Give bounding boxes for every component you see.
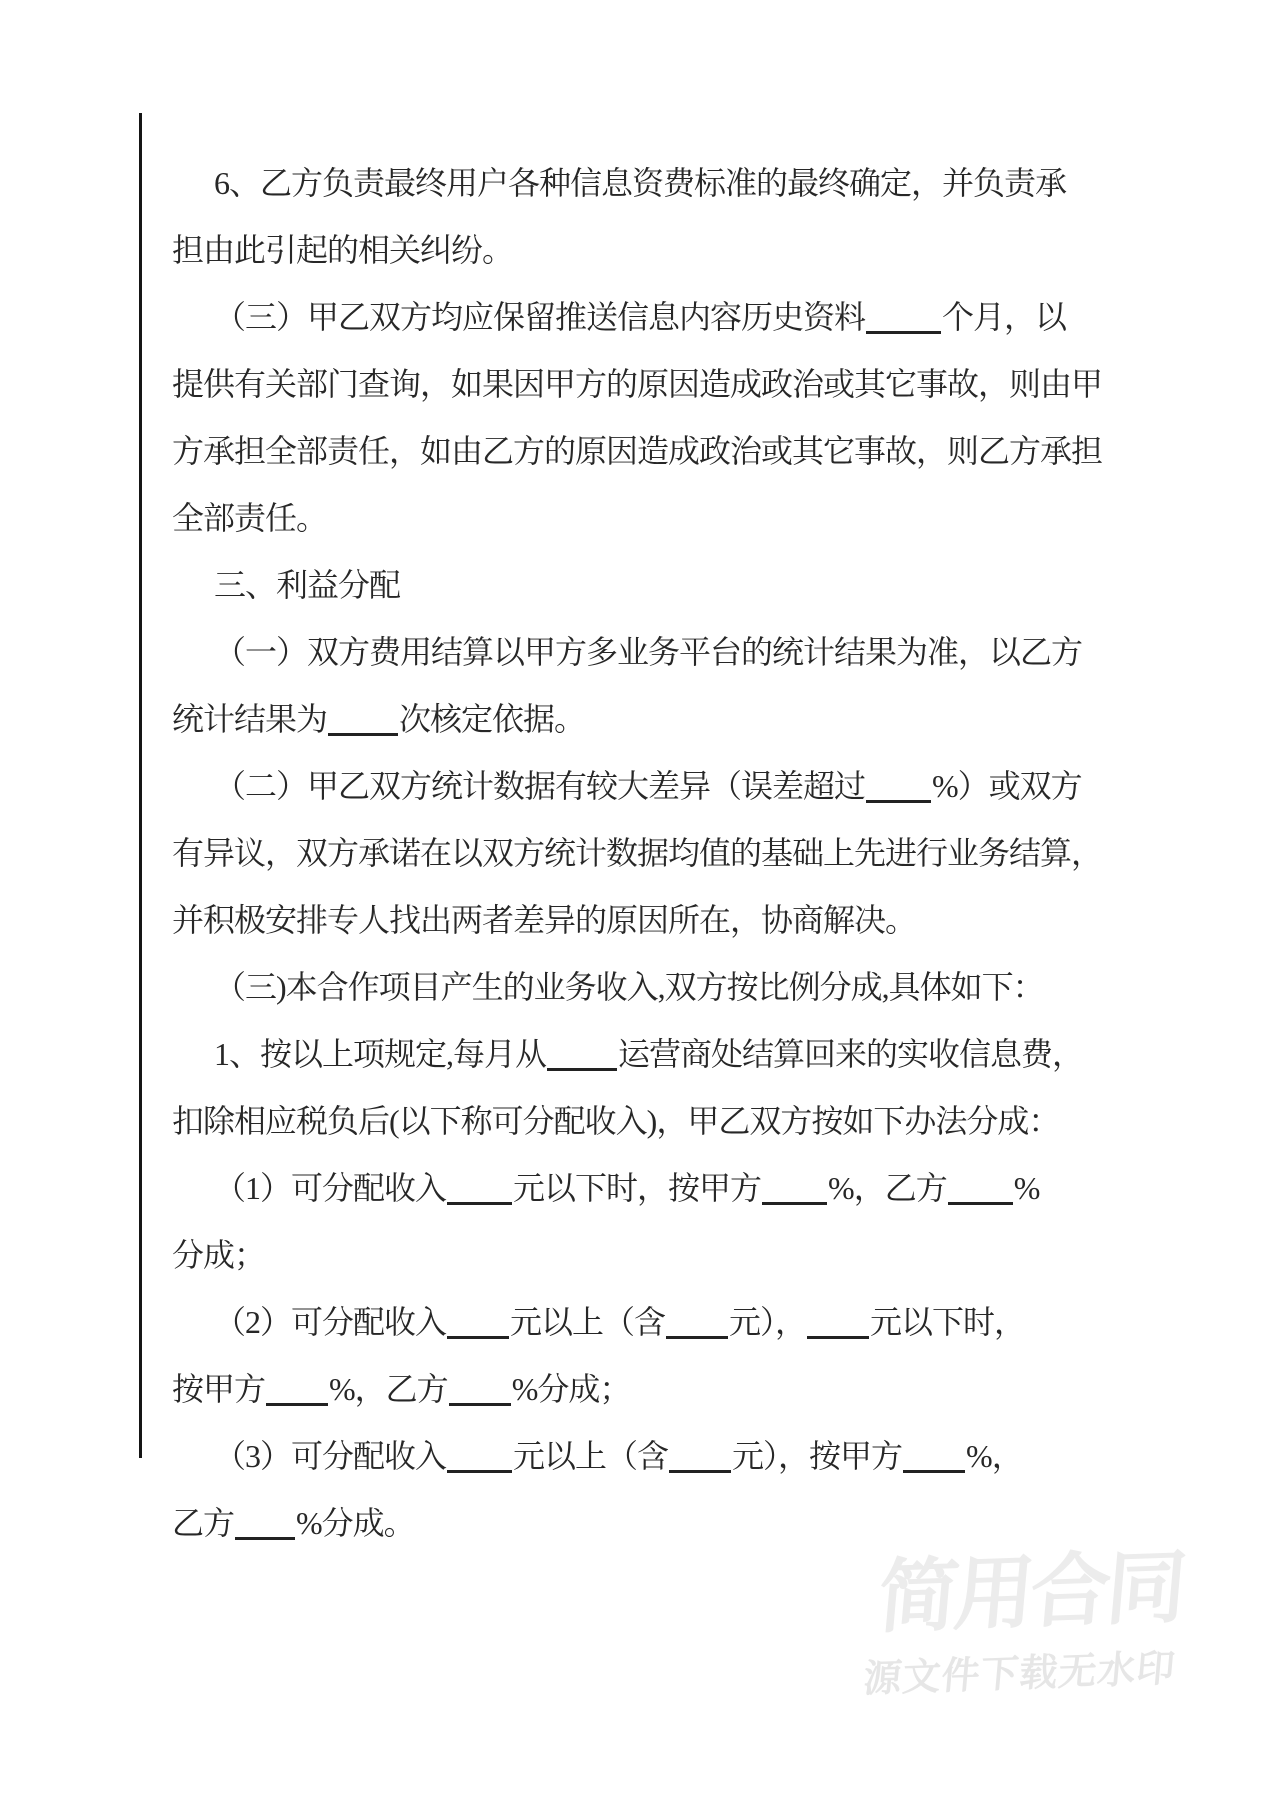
- text-line: 提供有关部门查询，如果因甲方的原因造成政治或其它事故，则由甲: [172, 351, 1112, 418]
- fill-in-blank: [948, 1173, 1013, 1205]
- text-segment: 统计结果为: [172, 701, 327, 737]
- contract-page: 6、乙方负责最终用户各种信息资费标准的最终确定，并负责承担由此引起的相关纠纷。（…: [0, 0, 1280, 1810]
- fill-in-blank: [866, 771, 931, 803]
- text-line: 扣除相应税负后(以下称可分配收入)，甲乙双方按如下办法分成：: [172, 1088, 1112, 1155]
- text-segment: %，乙方: [329, 1371, 448, 1407]
- text-line: 统计结果为次核定依据。: [172, 686, 1112, 753]
- watermark: 简用合同 源文件下载无水印: [694, 1547, 1186, 1704]
- text-segment: （二）甲乙双方统计数据有较大差异（误差超过: [214, 768, 865, 804]
- text-segment: 元以上（含: [513, 1438, 668, 1474]
- text-segment: 个月，以: [942, 299, 1066, 335]
- text-segment: 次核定依据。: [399, 701, 585, 737]
- text-segment: （2）可分配收入: [214, 1304, 446, 1340]
- document-body: 6、乙方负责最终用户各种信息资费标准的最终确定，并负责承担由此引起的相关纠纷。（…: [0, 0, 1112, 1557]
- text-line: （3）可分配收入元以上（含元），按甲方%，: [172, 1423, 1112, 1490]
- text-line: （三)本合作项目产生的业务收入,双方按比例分成,具体如下：: [172, 954, 1112, 1021]
- text-line: （1）可分配收入元以下时，按甲方%，乙方%: [172, 1155, 1112, 1222]
- text-segment: （三)本合作项目产生的业务收入,双方按比例分成,具体如下：: [214, 969, 1044, 1005]
- fill-in-blank: [266, 1374, 328, 1406]
- text-line: （二）甲乙双方统计数据有较大差异（误差超过%）或双方: [172, 753, 1112, 820]
- text-segment: 并积极安排专人找出两者差异的原因所在，协商解决。: [172, 902, 916, 938]
- fill-in-blank: [235, 1508, 295, 1540]
- text-segment: 按甲方: [172, 1371, 265, 1407]
- text-line: 乙方%分成。: [172, 1490, 1112, 1557]
- fill-in-blank: [328, 704, 398, 736]
- text-line: 分成；: [172, 1222, 1112, 1289]
- text-line: 方承担全部责任，如由乙方的原因造成政治或其它事故，则乙方承担: [172, 418, 1112, 485]
- text-segment: 提供有关部门查询，如果因甲方的原因造成政治或其它事故，则由甲: [172, 366, 1102, 402]
- text-segment: %分成。: [296, 1505, 415, 1541]
- text-segment: （1）可分配收入: [214, 1170, 446, 1206]
- text-segment: %，: [966, 1438, 1023, 1474]
- fill-in-blank: [866, 302, 941, 334]
- fill-in-blank: [447, 1173, 512, 1205]
- text-segment: 分成；: [172, 1237, 265, 1273]
- text-line: 三、利益分配: [172, 552, 1112, 619]
- watermark-title: 简用合同: [699, 1547, 1186, 1644]
- text-segment: （3）可分配收入: [214, 1438, 446, 1474]
- watermark-subtitle: 源文件下载无水印: [694, 1650, 1177, 1705]
- text-line: （一）双方费用结算以甲方多业务平台的统计结果为准，以乙方: [172, 619, 1112, 686]
- text-line: 并积极安排专人找出两者差异的原因所在，协商解决。: [172, 887, 1112, 954]
- text-line: 1、按以上项规定,每月从运营商处结算回来的实收信息费，: [172, 1021, 1112, 1088]
- text-segment: %）或双方: [932, 768, 1082, 804]
- text-line: 担由此引起的相关纠纷。: [172, 217, 1112, 284]
- fill-in-blank: [903, 1441, 965, 1473]
- text-segment: %分成；: [512, 1371, 631, 1407]
- text-line: 按甲方%，乙方%分成；: [172, 1356, 1112, 1423]
- fill-in-blank: [447, 1441, 512, 1473]
- text-segment: 三、利益分配: [214, 567, 400, 603]
- text-segment: 运营商处结算回来的实收信息费，: [618, 1036, 1083, 1072]
- text-segment: %，乙方: [828, 1170, 947, 1206]
- text-segment: 乙方: [172, 1505, 234, 1541]
- text-segment: （三）甲乙双方均应保留推送信息内容历史资料: [214, 299, 865, 335]
- text-segment: 有异议，双方承诺在以双方统计数据均值的基础上先进行业务结算，: [172, 835, 1102, 871]
- text-line: 有异议，双方承诺在以双方统计数据均值的基础上先进行业务结算，: [172, 820, 1112, 887]
- text-line: 6、乙方负责最终用户各种信息资费标准的最终确定，并负责承: [172, 150, 1112, 217]
- text-segment: 1、按以上项规定,每月从: [214, 1036, 546, 1072]
- text-segment: 全部责任。: [172, 500, 327, 536]
- fill-in-blank: [666, 1307, 728, 1339]
- text-segment: 方承担全部责任，如由乙方的原因造成政治或其它事故，则乙方承担: [172, 433, 1102, 469]
- text-line: （三）甲乙双方均应保留推送信息内容历史资料个月，以: [172, 284, 1112, 351]
- text-segment: 元以上（含: [510, 1304, 665, 1340]
- text-segment: 元），按甲方: [732, 1438, 902, 1474]
- text-segment: 6、乙方负责最终用户各种信息资费标准的最终确定，并负责承: [214, 165, 1066, 201]
- fill-in-blank: [807, 1307, 869, 1339]
- fill-in-blank: [547, 1039, 617, 1071]
- fill-in-blank: [669, 1441, 731, 1473]
- text-segment: 元），: [729, 1304, 806, 1340]
- text-segment: 元以下时，按甲方: [513, 1170, 761, 1206]
- fill-in-blank: [447, 1307, 509, 1339]
- text-segment: （一）双方费用结算以甲方多业务平台的统计结果为准，以乙方: [214, 634, 1082, 670]
- text-segment: 担由此引起的相关纠纷。: [172, 232, 513, 268]
- text-segment: 元以下时，: [870, 1304, 1025, 1340]
- fill-in-blank: [762, 1173, 827, 1205]
- text-line: （2）可分配收入元以上（含元），元以下时，: [172, 1289, 1112, 1356]
- text-segment: 扣除相应税负后(以下称可分配收入)，甲乙双方按如下办法分成：: [172, 1103, 1059, 1139]
- fill-in-blank: [449, 1374, 511, 1406]
- text-segment: %: [1014, 1170, 1040, 1206]
- text-line: 全部责任。: [172, 485, 1112, 552]
